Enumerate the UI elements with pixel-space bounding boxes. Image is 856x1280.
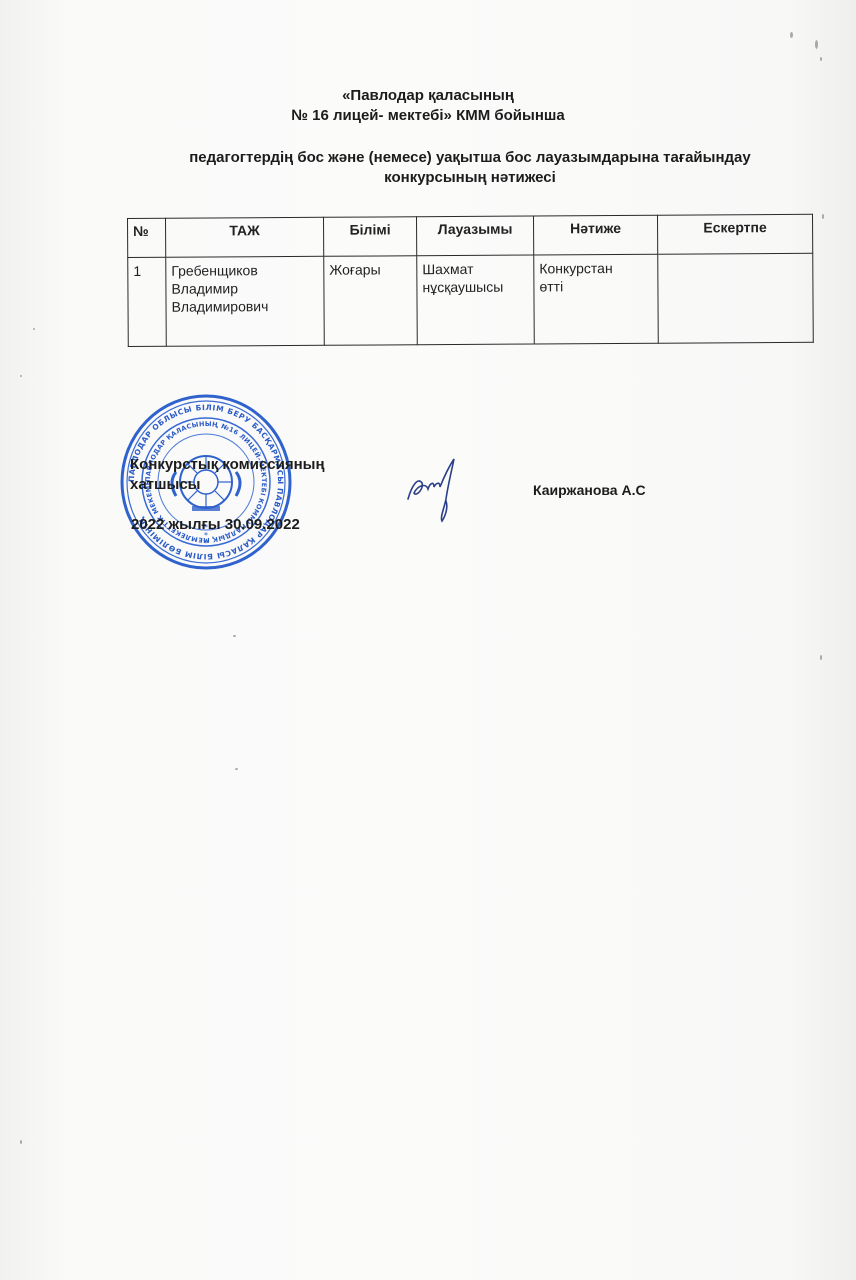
handwritten-signature-icon [404,455,464,525]
name-line: Гребенщиков [171,261,318,280]
paper-background [0,0,856,1280]
document-header: «Павлодар қаласының № 16 лицей- мектебі»… [0,86,856,126]
signatory-role: Конкурстық комиссияның хатшысы [130,455,325,495]
results-table: № ТАЖ Білімі Лауазымы Нәтиже Ескертпе 1 … [127,214,814,347]
scan-speck [20,375,22,377]
cell-number: 1 [128,257,167,346]
name-line: Владимирович [171,297,318,316]
signatory-role-line-1: Конкурстық комиссияның [130,455,325,475]
position-line: Шахмат [422,260,528,279]
document-date: 2022 жылғы 30.09.2022 [131,516,300,533]
cell-education: Жоғары [324,256,418,346]
signatory-role-line-2: хатшысы [130,475,325,495]
scan-speck [233,635,236,637]
column-header-full-name: ТАЖ [166,217,324,257]
scan-speck [33,328,35,330]
table-header-row: № ТАЖ Білімі Лауазымы Нәтиже Ескертпе [128,214,813,257]
scan-speck [20,1140,22,1144]
svg-text:*: * [204,539,208,548]
title-line-1: педагогтердің бос және (немесе) уақытша … [0,148,856,168]
cell-result: Конкурстан өтті [534,254,659,344]
cell-full-name: Гребенщиков Владимир Владимирович [166,256,325,346]
column-header-number: № [128,218,166,257]
table-row: 1 Гребенщиков Владимир Владимирович Жоға… [128,253,814,346]
result-line: өтті [539,277,652,296]
title-line-2: конкурсының нәтижесі [0,168,856,188]
scan-speck [815,40,818,49]
scan-speck [820,655,822,660]
result-line: Конкурстан [539,259,652,278]
column-header-result: Нәтиже [533,215,657,255]
signatory-name: Каиржанова А.С [533,482,646,498]
scan-speck [820,57,822,61]
column-header-note: Ескертпе [657,214,812,254]
scan-speck [235,768,238,770]
scan-speck [790,32,793,38]
header-line-2: № 16 лицей- мектебі» КММ бойынша [0,106,856,126]
document-title: педагогтердің бос және (немесе) уақытша … [0,148,856,188]
scan-speck [822,214,824,219]
name-line: Владимир [171,279,318,298]
cell-position: Шахмат нұсқаушысы [417,255,535,345]
cell-note [658,253,814,343]
header-line-1: «Павлодар қаласының [0,86,856,106]
column-header-education: Білімі [323,217,416,257]
column-header-position: Лауазымы [416,216,533,256]
position-line: нұсқаушысы [422,278,528,297]
